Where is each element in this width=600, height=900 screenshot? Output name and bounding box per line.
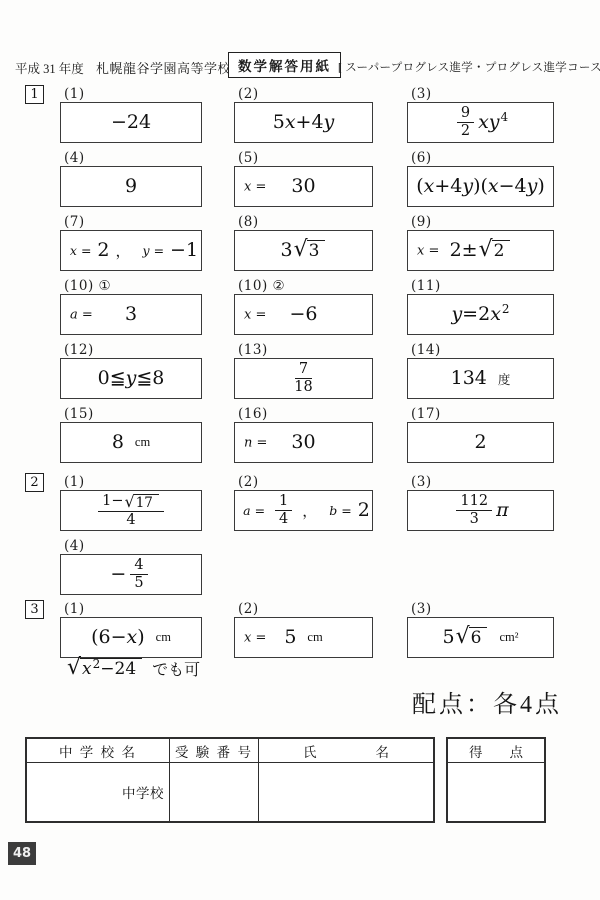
answer-box-s2-4: −45 xyxy=(60,554,202,595)
answer-value-s1-16: 30 xyxy=(291,432,315,454)
answer-label-s1-1: (1) xyxy=(64,86,85,102)
math-token: 3 xyxy=(470,512,479,527)
math-token: 4 xyxy=(501,110,509,124)
math-token: cm xyxy=(307,630,322,645)
radical-sign-icon: √ xyxy=(294,239,308,261)
math-token: 5 xyxy=(443,627,455,649)
math-token: 17 xyxy=(136,496,153,510)
math-token: −24 xyxy=(111,112,151,134)
fraction: 1123 xyxy=(456,494,492,527)
math-token: 3 xyxy=(281,240,293,262)
answer-value-s1-13: 718 xyxy=(290,362,316,395)
answer-label-s1-13: (13) xyxy=(238,342,268,358)
answer-box-s1-14: 134度 xyxy=(407,358,554,399)
answer-box-s1-8: 3√3 xyxy=(234,230,373,271)
fraction-numerator: 1−√17 xyxy=(98,493,164,512)
math-token: − xyxy=(110,564,126,586)
answer-box-s1-2: 5x+4y xyxy=(234,102,373,143)
math-token: 9 xyxy=(125,176,137,198)
answer-label-s1-14: (14) xyxy=(411,342,441,358)
answer-value-s1-5: 30 xyxy=(291,176,315,198)
math-token: 2 xyxy=(502,302,510,316)
school-name: 札幌龍谷学園高等学校 xyxy=(96,58,231,77)
answer-box-s2-3: 1123π xyxy=(407,490,554,531)
math-token: ， xyxy=(116,240,131,261)
junior-high-name-field: 中学校 xyxy=(27,763,170,821)
math-token: −4 xyxy=(499,176,527,198)
answer-label-s1-7: (7) xyxy=(64,214,85,230)
fraction-denominator: 4 xyxy=(279,511,288,527)
math-token: 5 xyxy=(284,627,296,649)
math-token: +4 xyxy=(434,176,462,198)
math-token: 2 xyxy=(474,432,486,454)
radicand: 6 xyxy=(469,627,488,649)
answer-box-s2-2: a =14，b =2 xyxy=(234,490,373,531)
answer-box-s1-10a: a =3 xyxy=(60,294,202,335)
answer-box-s1-9: x =2±√2 xyxy=(407,230,554,271)
math-token: cm xyxy=(156,630,171,645)
answer-label-s1-9: (9) xyxy=(411,214,432,230)
answer-value-s2-1: 1−√174 xyxy=(94,493,168,528)
fraction-denominator: 5 xyxy=(134,575,143,591)
math-token: ) xyxy=(537,176,544,198)
math-token: y = xyxy=(143,243,165,258)
fraction: 45 xyxy=(130,558,147,591)
fraction: 718 xyxy=(294,362,312,395)
answer-box-s1-5: x =30 xyxy=(234,166,373,207)
math-token: −1 xyxy=(170,240,198,262)
math-token: 5 xyxy=(134,576,143,591)
math-token: 112 xyxy=(460,494,488,509)
student-info-table: 中 学 校 名 受 験 番 号 氏 名 中学校 xyxy=(25,737,435,823)
math-token: 5 xyxy=(273,112,285,134)
answer-box-s3-1: (6−x)cm xyxy=(60,617,202,658)
math-token: 30 xyxy=(291,176,315,198)
math-token: x xyxy=(285,112,296,134)
math-token: y xyxy=(462,176,473,198)
fraction-denominator: 3 xyxy=(470,511,479,527)
answer-label-s1-2: (2) xyxy=(238,86,259,102)
answer-box-s1-11: y=2x2 xyxy=(407,294,554,335)
math-token: (6− xyxy=(91,627,126,649)
fraction: 1−√174 xyxy=(98,493,164,528)
answer-value-s1-10b: −6 xyxy=(289,304,317,326)
answer-label-s1-11: (11) xyxy=(411,278,441,294)
info-table-body-row: 中学校 xyxy=(27,763,433,821)
square-root: √17 xyxy=(124,493,158,510)
answer-box-s1-12: 0≦y≦8 xyxy=(60,358,202,399)
fraction-numerator: 112 xyxy=(456,494,492,511)
answer-value-s3-1: (6−x)cm xyxy=(91,627,171,649)
math-token: ) xyxy=(137,627,144,649)
answer-box-s1-16: n =30 xyxy=(234,422,373,463)
math-token: 4 xyxy=(126,513,135,528)
answer-prefix-s1-16: n = xyxy=(244,435,267,450)
math-token: x xyxy=(82,660,92,680)
math-token: 3 xyxy=(309,242,320,262)
math-token: 6 xyxy=(471,629,482,649)
exam-number-field xyxy=(170,763,259,821)
math-token: x xyxy=(424,176,435,198)
answer-prefix-s3-2: x = xyxy=(244,630,266,645)
square-root: √6 xyxy=(456,626,488,649)
radicand: 17 xyxy=(134,494,159,510)
answer-value-s2-2: a =14，b =2 xyxy=(237,494,370,527)
answer-value-s1-17: 2 xyxy=(474,432,486,454)
math-token: 2 xyxy=(358,500,370,522)
section-number-1: 1 xyxy=(25,85,44,104)
section-number-2: 2 xyxy=(25,473,44,492)
answer-label-s3-1: (1) xyxy=(64,601,85,617)
answer-value-s3-2: 5cm xyxy=(284,627,322,649)
math-token: 9 xyxy=(461,106,470,121)
answer-label-s1-3: (3) xyxy=(411,86,432,102)
math-token: 8 xyxy=(112,432,124,454)
math-token: −6 xyxy=(289,304,317,326)
school-year: 平成 31 年度 xyxy=(15,59,84,77)
header-full-name: 氏 名 xyxy=(259,739,433,762)
answer-label-s2-1: (1) xyxy=(64,474,85,490)
radicand: 3 xyxy=(307,240,326,262)
fraction-numerator: 7 xyxy=(295,362,312,379)
fraction-denominator: 2 xyxy=(461,123,470,139)
score-header-right: 点 xyxy=(510,741,524,761)
math-token: y xyxy=(451,304,462,326)
answer-box-s1-3: 92xy4 xyxy=(407,102,554,143)
radical-sign-icon: √ xyxy=(479,239,493,261)
answer-value-s1-1: −24 xyxy=(111,112,151,134)
answer-value-s1-3: 92xy4 xyxy=(453,106,508,139)
math-token: cm xyxy=(135,435,150,450)
answer-box-s2-1: 1−√174 xyxy=(60,490,202,531)
answer-label-s2-4: (4) xyxy=(64,538,85,554)
answer-label-s1-5: (5) xyxy=(238,150,259,166)
answer-box-s1-1: −24 xyxy=(60,102,202,143)
answer-box-s1-10b: x =−6 xyxy=(234,294,373,335)
answer-box-s1-4: 9 xyxy=(60,166,202,207)
math-token: 4 xyxy=(134,558,143,573)
math-token: x xyxy=(127,627,138,649)
math-token: 2± xyxy=(450,240,478,262)
math-token: 2 xyxy=(97,240,109,262)
course-name: [ スーパープログレス進学・プログレス進学コース ] xyxy=(338,59,600,75)
radicand: x2−24 xyxy=(80,658,142,680)
answer-value-s1-6: (x+4y)(x−4y) xyxy=(416,176,545,198)
math-token: x xyxy=(488,176,499,198)
answer-box-s3-2: x =5cm xyxy=(234,617,373,658)
answer-value-s1-10a: 3 xyxy=(125,304,137,326)
answer-value-s1-4: 9 xyxy=(125,176,137,198)
header-exam-number: 受 験 番 号 xyxy=(170,739,259,762)
square-root: √2 xyxy=(479,239,511,262)
fraction-denominator: 4 xyxy=(126,512,135,528)
math-token: )( xyxy=(473,176,488,198)
answer-value-s1-14: 134度 xyxy=(451,368,511,390)
answer-value-s3-3: 5√6cm² xyxy=(443,626,519,649)
math-token: a = xyxy=(243,503,265,518)
math-token: 度 xyxy=(498,370,511,388)
score-field xyxy=(448,763,544,821)
math-token: x xyxy=(490,304,501,326)
alternative-answer-note: √x2−24でも可 xyxy=(66,657,200,680)
answer-value-s1-7: x =2，y =−1 xyxy=(64,240,198,262)
answer-box-s3-3: 5√6cm² xyxy=(407,617,554,658)
math-token: ， xyxy=(302,500,317,521)
answer-label-s1-15: (15) xyxy=(64,406,94,422)
score-box-header: 得 点 xyxy=(448,739,544,763)
page-number: 48 xyxy=(8,842,36,865)
math-token: 30 xyxy=(291,432,315,454)
answer-prefix-s1-10a: a = xyxy=(70,307,93,322)
score-header-left: 得 xyxy=(469,741,483,761)
answer-label-s1-17: (17) xyxy=(411,406,441,422)
answer-label-s1-10a: (10) ① xyxy=(64,278,111,294)
fraction: 14 xyxy=(275,494,292,527)
sheet-title: 数学解答用紙 xyxy=(228,52,341,78)
name-header-right: 名 xyxy=(376,741,390,761)
math-token: 2 xyxy=(93,657,101,671)
math-token: ≦8 xyxy=(136,368,164,390)
math-token: 4 xyxy=(279,512,288,527)
answer-value-s1-9: 2±√2 xyxy=(450,239,512,262)
fraction-denominator: 18 xyxy=(294,379,312,395)
math-token: 3 xyxy=(125,304,137,326)
answer-value-s1-2: 5x+4y xyxy=(273,112,335,134)
math-token: x = xyxy=(70,243,92,258)
math-token: π xyxy=(496,500,509,522)
answer-label-s2-3: (3) xyxy=(411,474,432,490)
full-name-field xyxy=(259,763,433,821)
radical-sign-icon: √ xyxy=(67,657,81,679)
math-token: 0≦ xyxy=(98,368,126,390)
answer-label-s1-8: (8) xyxy=(238,214,259,230)
radical-sign-icon: √ xyxy=(456,626,470,648)
answer-label-s3-3: (3) xyxy=(411,601,432,617)
section-number-3: 3 xyxy=(25,600,44,619)
answer-label-s1-12: (12) xyxy=(64,342,94,358)
name-header-left: 氏 xyxy=(303,741,317,761)
answer-value-s1-8: 3√3 xyxy=(281,239,327,262)
answer-box-s1-15: 8cm xyxy=(60,422,202,463)
math-token: 134 xyxy=(451,368,487,390)
math-token: でも可 xyxy=(152,657,200,680)
math-token: 2 xyxy=(461,124,470,139)
answer-value-s1-12: 0≦y≦8 xyxy=(98,368,165,390)
scoring-note: 配点：各4点 xyxy=(300,684,562,719)
answer-prefix-s1-5: x = xyxy=(244,179,266,194)
fraction-numerator: 4 xyxy=(130,558,147,575)
junior-high-suffix: 中学校 xyxy=(122,782,164,802)
answer-box-s1-6: (x+4y)(x−4y) xyxy=(407,166,554,207)
math-token: y xyxy=(126,368,137,390)
fraction-numerator: 9 xyxy=(457,106,474,123)
math-token: b = xyxy=(329,503,351,518)
math-token: cm² xyxy=(499,630,518,645)
score-box: 得 点 xyxy=(446,737,546,823)
math-token: −24 xyxy=(100,660,136,680)
answer-box-s1-13: 718 xyxy=(234,358,373,399)
math-token: y xyxy=(324,112,335,134)
answer-sheet-page: 平成 31 年度 札幌龍谷学園高等学校 数学解答用紙 [ スーパープログレス進学… xyxy=(0,0,600,900)
answer-box-s1-7: x =2，y =−1 xyxy=(60,230,202,271)
info-table-header-row: 中 学 校 名 受 験 番 号 氏 名 xyxy=(27,739,433,763)
square-root: √x2−24 xyxy=(67,657,142,680)
answer-label-s3-2: (2) xyxy=(238,601,259,617)
math-token: 18 xyxy=(294,380,312,395)
fraction: 92 xyxy=(457,106,474,139)
math-token: y xyxy=(527,176,538,198)
answer-label-s1-10b: (10) ② xyxy=(238,278,285,294)
math-token: 7 xyxy=(299,362,308,377)
answer-label-s1-16: (16) xyxy=(238,406,268,422)
answer-value-s2-4: −45 xyxy=(110,558,151,591)
math-token: ( xyxy=(416,176,423,198)
square-root: √3 xyxy=(294,239,326,262)
math-token: 1 xyxy=(279,494,288,509)
math-token: =2 xyxy=(462,304,490,326)
math-token: +4 xyxy=(296,112,324,134)
fraction-numerator: 1 xyxy=(275,494,292,511)
math-token: 2 xyxy=(494,242,505,262)
header-junior-high-name: 中 学 校 名 xyxy=(27,739,170,762)
answer-label-s1-6: (6) xyxy=(411,150,432,166)
answer-prefix-s1-10b: x = xyxy=(244,307,266,322)
answer-label-s2-2: (2) xyxy=(238,474,259,490)
answer-label-s1-4: (4) xyxy=(64,150,85,166)
radicand: 2 xyxy=(492,240,511,262)
answer-prefix-s1-9: x = xyxy=(417,243,439,258)
answer-value-s1-15: 8cm xyxy=(112,432,150,454)
answer-value-s2-3: 1123π xyxy=(452,494,508,527)
math-token: 1− xyxy=(102,494,123,509)
answer-box-s1-17: 2 xyxy=(407,422,554,463)
answer-value-s1-11: y=2x2 xyxy=(451,304,509,326)
math-token: xy xyxy=(478,112,499,134)
